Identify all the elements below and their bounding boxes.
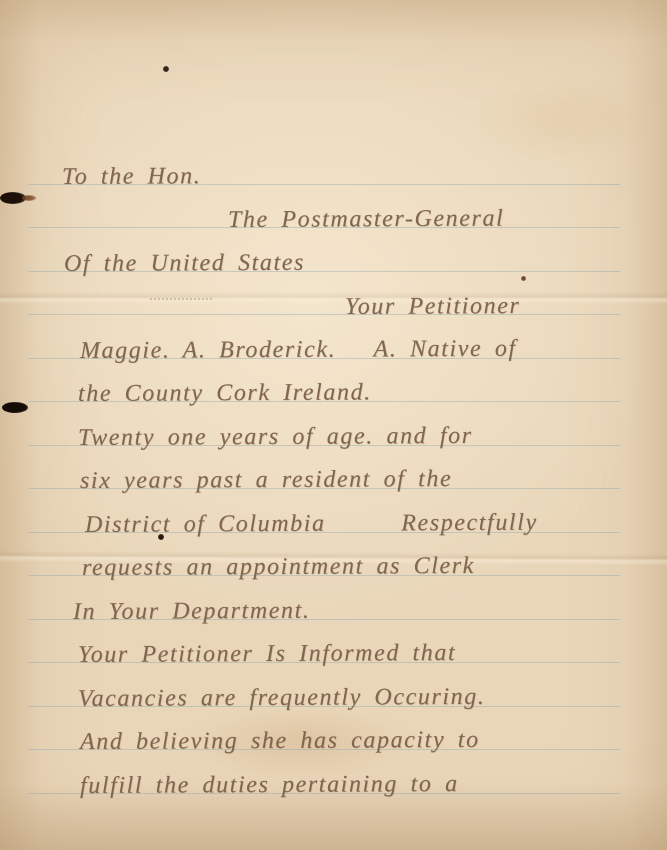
line-text: Maggie. A. Broderick. A. Native of <box>80 335 517 364</box>
ruled-writing-area: To the Hon. The Postmaster-General Of th… <box>28 141 620 794</box>
ink-blot <box>2 402 28 413</box>
line-text: Your Petitioner Is Informed that <box>78 640 456 669</box>
line-text: fulfill the duties pertaining to a <box>80 771 459 800</box>
line-text: To the Hon. <box>62 163 202 191</box>
line-text: The Postmaster-General <box>228 206 504 234</box>
line-text: Of the United States <box>64 249 305 277</box>
handwritten-line: To the Hon. <box>28 141 620 185</box>
line-text: District of Columbia Respectfully <box>85 509 538 538</box>
handwritten-line: fulfill the duties pertaining to a <box>28 750 620 794</box>
line-text: And believing she has capacity to <box>80 727 480 756</box>
line-text: the County Cork Ireland. <box>78 379 372 408</box>
handwritten-line: Twenty one years of age. and for <box>28 402 620 446</box>
handwritten-line: Your Petitioner <box>28 272 620 316</box>
handwritten-line: the County Cork Ireland. <box>28 359 620 403</box>
handwritten-line: Maggie. A. Broderick. A. Native of <box>28 315 620 359</box>
line-text: six years past a resident of the <box>80 466 452 495</box>
line-text: Vacancies are frequently Occuring. <box>78 683 486 712</box>
line-text: Your Petitioner <box>345 293 521 321</box>
handwritten-line: Your Petitioner Is Informed that <box>28 620 620 664</box>
line-text: Twenty one years of age. and for <box>78 422 473 451</box>
handwritten-line: The Postmaster-General <box>28 185 620 229</box>
handwritten-line: And believing she has capacity to <box>28 707 620 751</box>
ink-speck <box>163 66 169 72</box>
handwritten-line: Of the United States <box>28 228 620 272</box>
handwritten-line: In Your Department. <box>28 576 620 620</box>
handwritten-line: requests an appointment as Clerk <box>28 533 620 577</box>
line-text: In Your Department. <box>73 597 311 625</box>
handwritten-line: Vacancies are frequently Occuring. <box>28 663 620 707</box>
handwritten-line: District of Columbia Respectfully <box>28 489 620 533</box>
scanned-letter-page: To the Hon. The Postmaster-General Of th… <box>0 0 667 850</box>
handwritten-line: six years past a resident of the <box>28 446 620 490</box>
line-text: requests an appointment as Clerk <box>82 553 475 582</box>
